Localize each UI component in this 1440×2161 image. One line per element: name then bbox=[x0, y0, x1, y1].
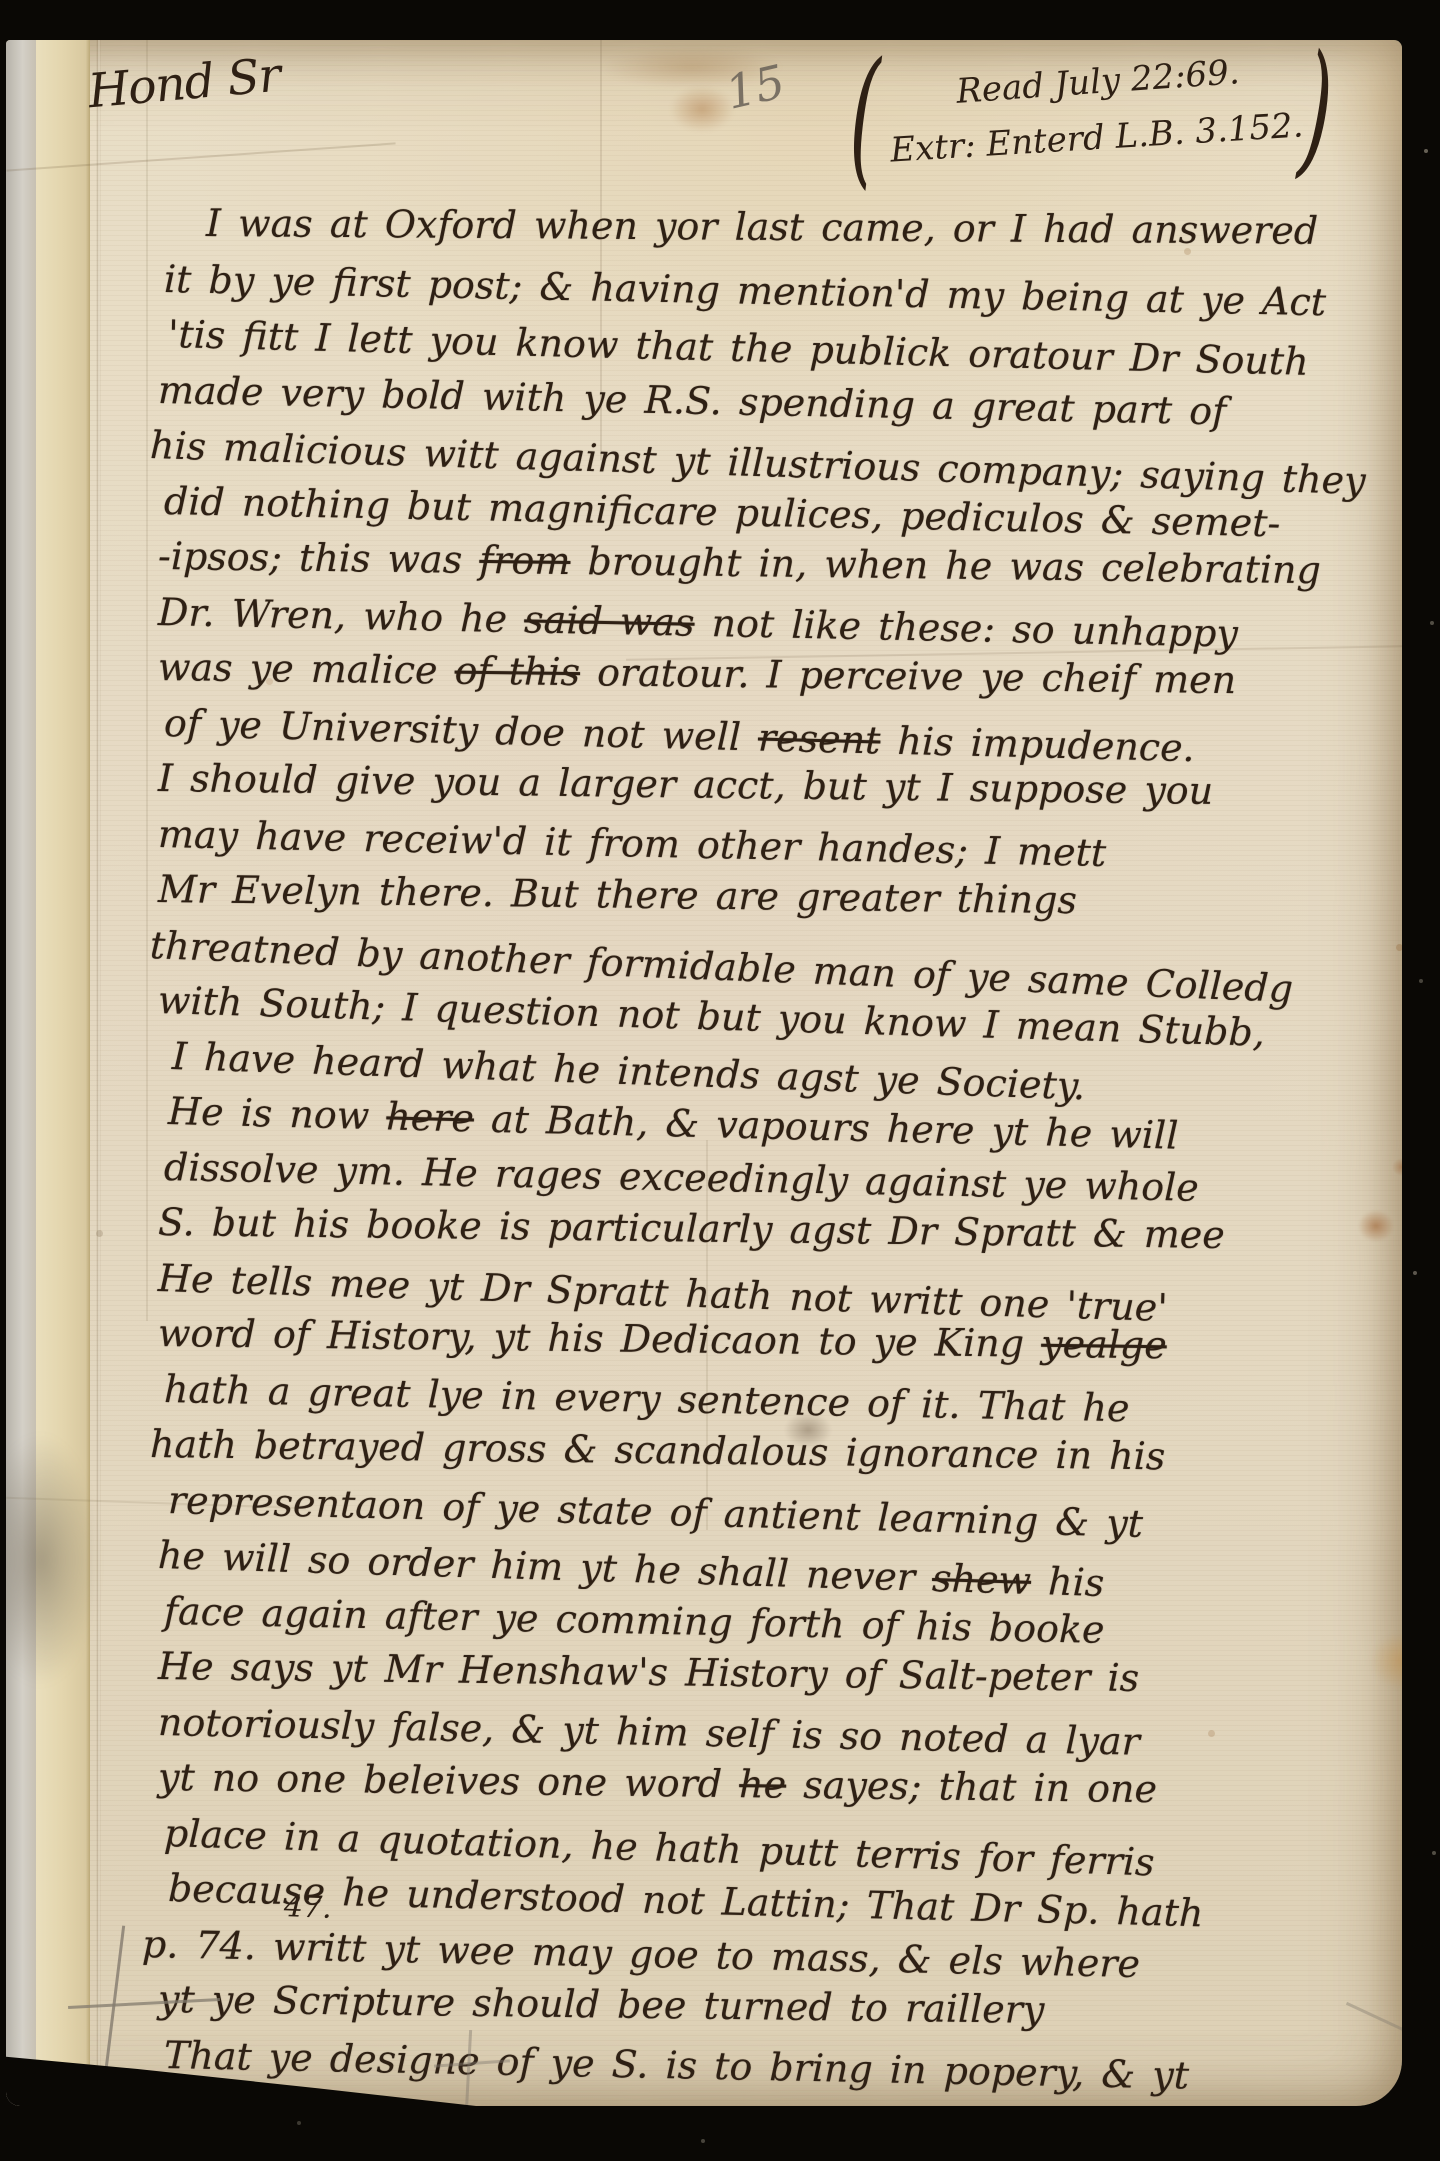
photo-background: Hond Sr 15 ( Read July 22:69. Extr: Ente… bbox=[0, 0, 1440, 2161]
endorsement-entered-line: Extr: Enterd L.B. 3.152. bbox=[889, 105, 1304, 170]
binding-guard-strip bbox=[6, 40, 36, 2106]
manuscript-line: I was at Oxford when yor last came, or I… bbox=[206, 196, 1402, 260]
binding-hinge-strip bbox=[36, 40, 90, 2106]
salutation: Hond Sr bbox=[86, 48, 282, 120]
endorsement-paren-right: ) bbox=[1296, 40, 1337, 189]
endorsement-paren-left: ( bbox=[848, 40, 881, 193]
clerical-endorsement: ( Read July 22:69. Extr: Enterd L.B. 3.1… bbox=[856, 48, 1376, 208]
vertical-crease bbox=[146, 40, 148, 1321]
letter-body: I was at Oxford when yor last came, or I… bbox=[158, 196, 1402, 2083]
vertical-fold-crease bbox=[96, 40, 101, 2106]
dust-specks bbox=[0, 0, 2, 2]
stain bbox=[670, 86, 734, 132]
folio-number-pencil: 15 bbox=[721, 54, 790, 120]
endorsement-read-line: Read July 22:69. bbox=[955, 52, 1241, 112]
manuscript-page: Hond Sr 15 ( Read July 22:69. Extr: Ente… bbox=[6, 40, 1402, 2106]
